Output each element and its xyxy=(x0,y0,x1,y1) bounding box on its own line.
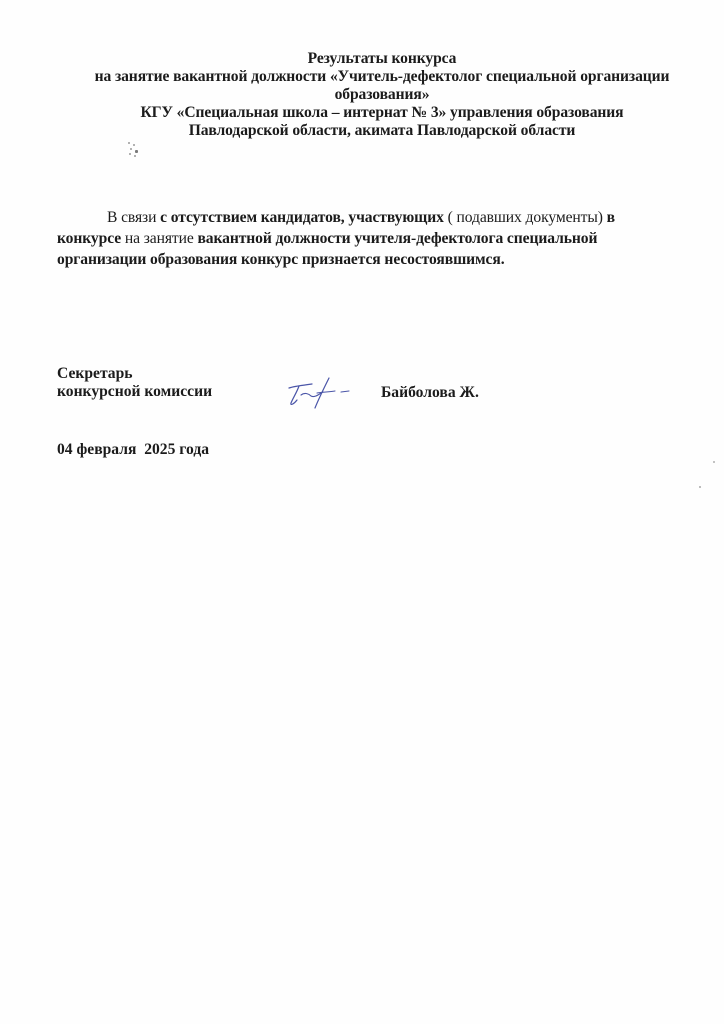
signer-name: Байболова Ж. xyxy=(381,384,479,402)
heading-line-4: КГУ «Специальная школа – интернат № 3» у… xyxy=(40,104,724,122)
scan-artifact-dot xyxy=(713,461,715,463)
heading-line-2: на занятие вакантной должности «Учитель-… xyxy=(40,68,724,86)
body-line-1: В связи с отсутствием кандидатов, участв… xyxy=(57,207,665,228)
signatory-role-line-2: конкурсной комиссии xyxy=(57,383,212,401)
body-paragraph: В связи с отсутствием кандидатов, участв… xyxy=(57,207,665,270)
signatory-role: Секретарь конкурсной комиссии xyxy=(57,365,212,401)
scan-artifact-speck xyxy=(126,140,140,160)
document-page: Результаты конкурса на занятие вакантной… xyxy=(0,0,724,1024)
document-heading: Результаты конкурса на занятие вакантной… xyxy=(40,50,724,140)
signatory-role-line-1: Секретарь xyxy=(57,365,212,383)
scan-artifact-dot xyxy=(699,486,701,488)
document-date: 04 февраля 2025 года xyxy=(57,441,209,459)
heading-line-3: образования» xyxy=(40,86,724,104)
body-line-3: организации образования конкурс признает… xyxy=(57,249,665,270)
heading-line-5: Павлодарской области, акимата Павлодарск… xyxy=(40,122,724,140)
body-line-2: конкурсе на занятие вакантной должности … xyxy=(57,228,665,249)
heading-line-1: Результаты конкурса xyxy=(40,50,724,68)
handwritten-signature-icon xyxy=(285,376,355,410)
